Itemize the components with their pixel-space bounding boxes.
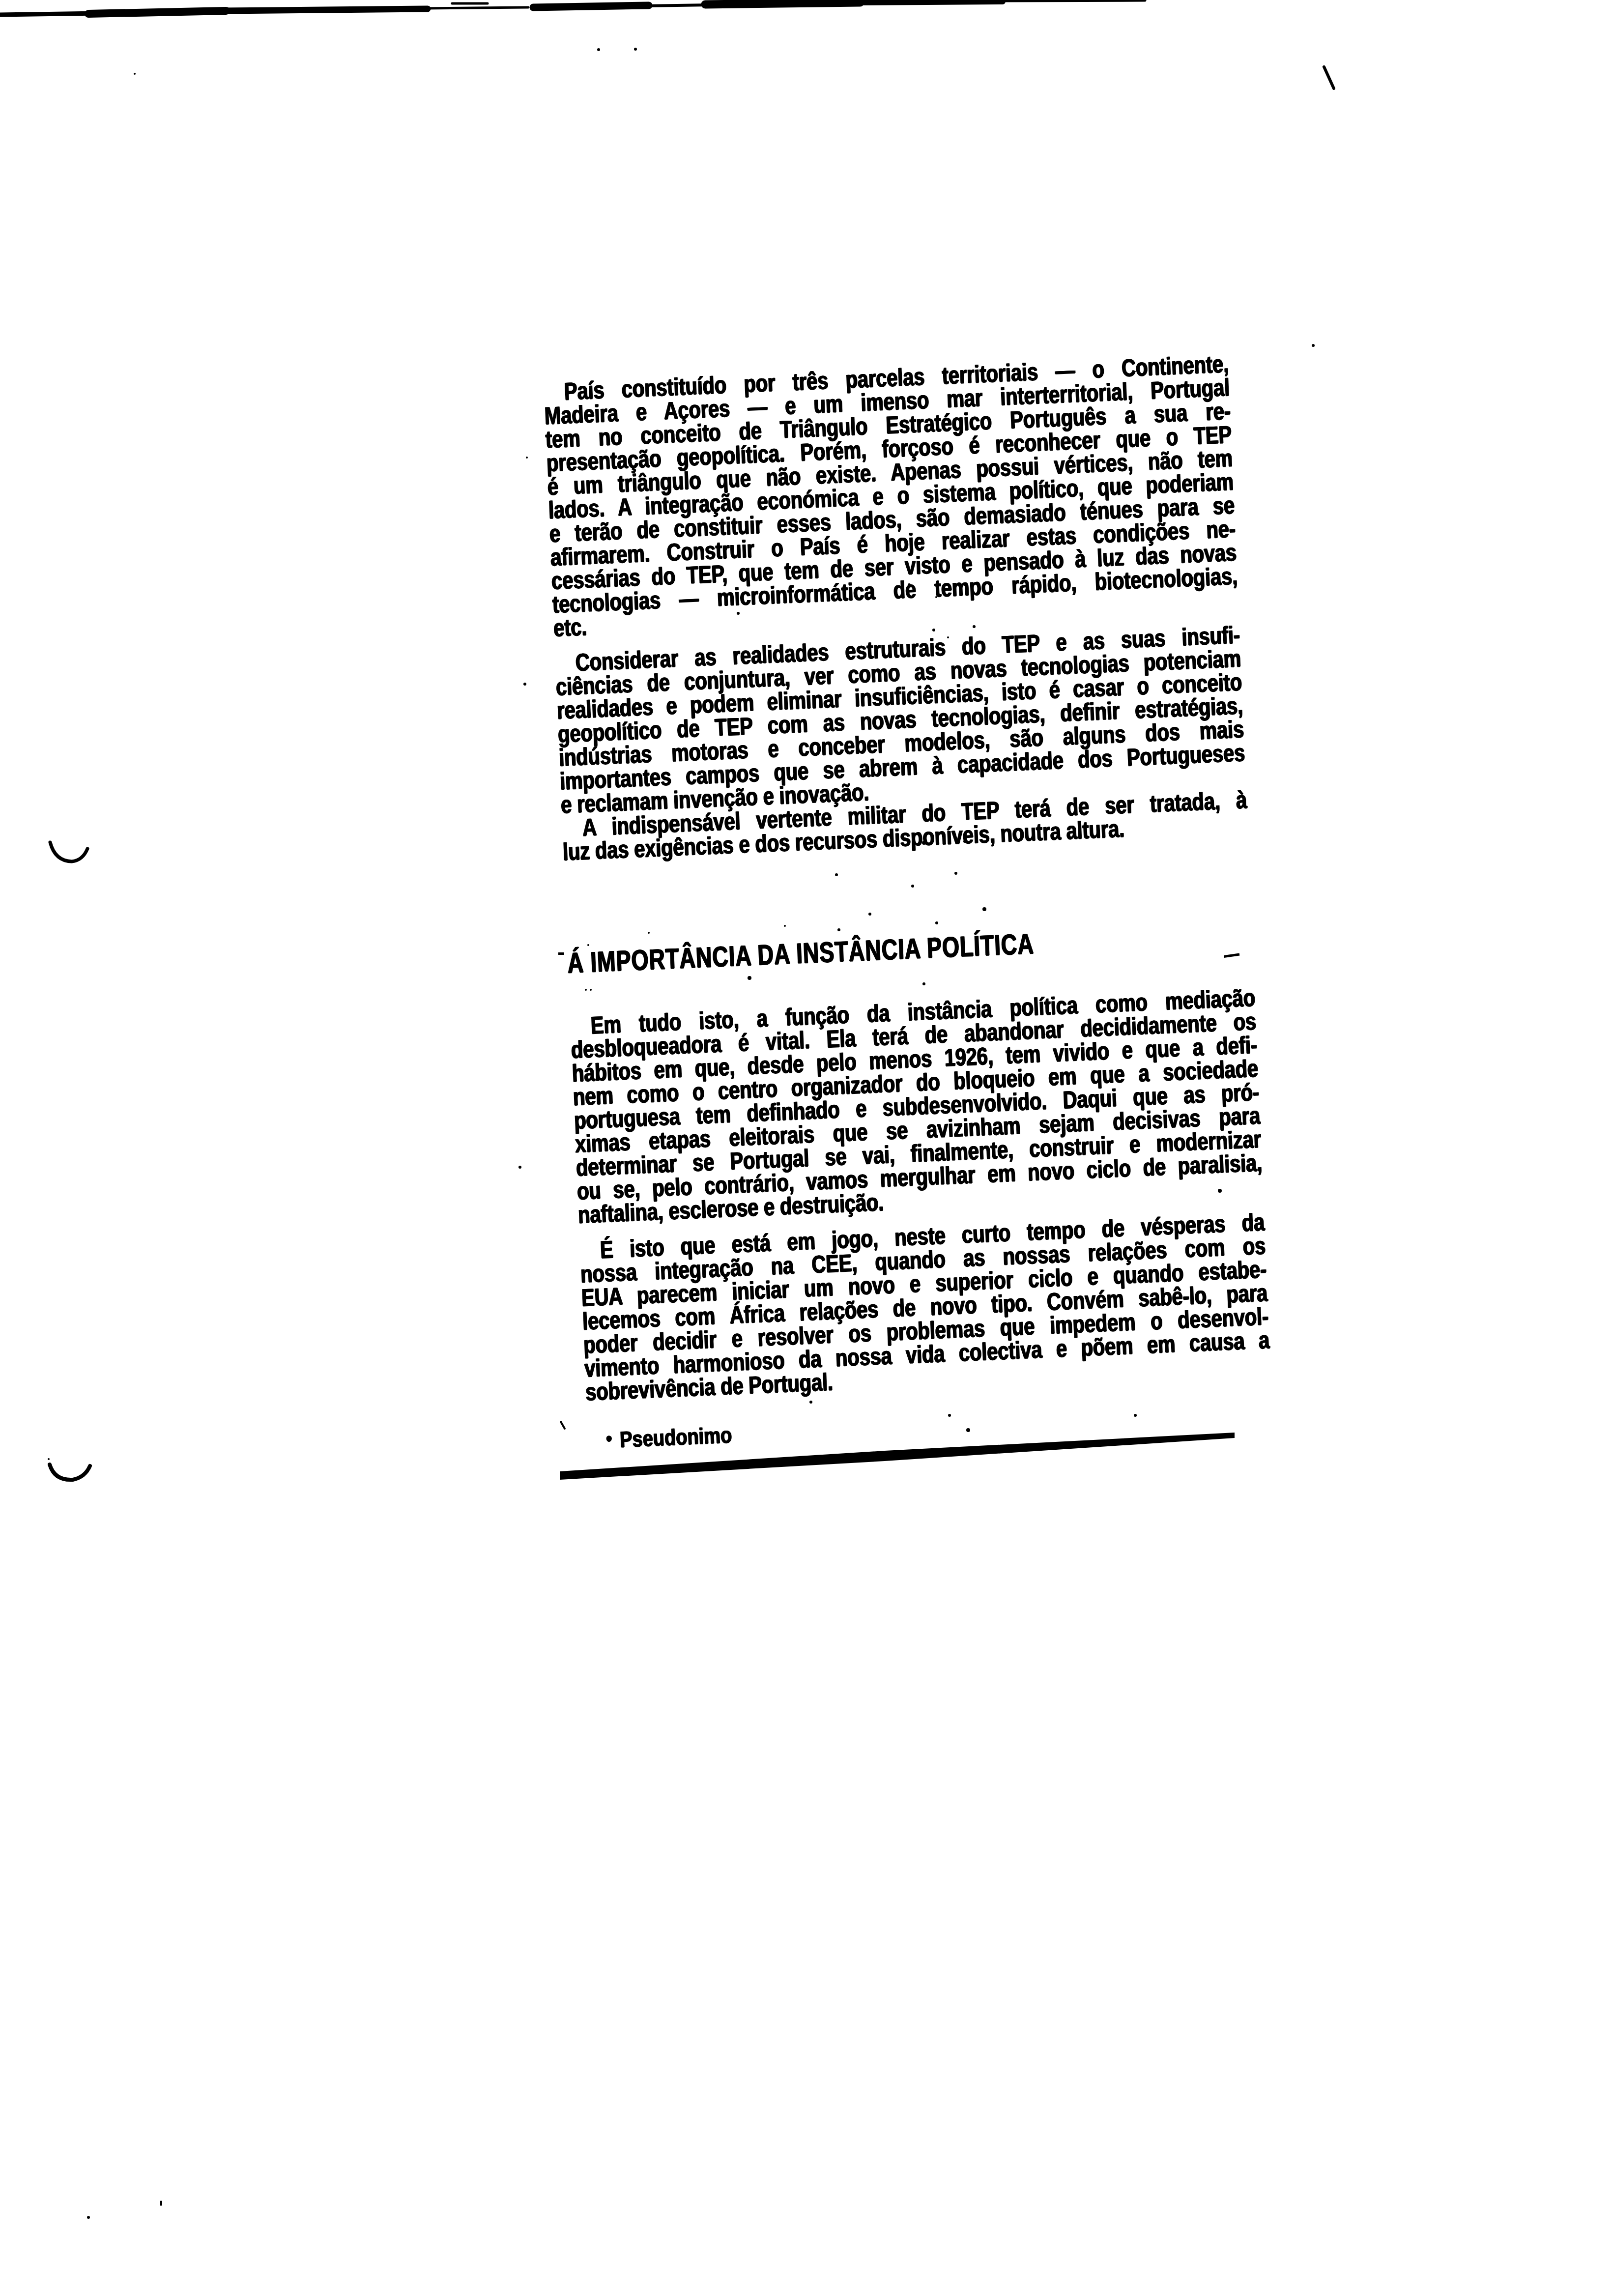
paragraph: É isto que está em jogo, neste curto tem…: [579, 1210, 1271, 1404]
footnote-text: Pseudonimo: [619, 1423, 732, 1453]
article-column: País constituído por três parcelas terri…: [543, 352, 1275, 1510]
footnote: •Pseudonimo: [605, 1398, 1292, 1455]
scanned-document-page: País constituído por três parcelas terri…: [0, 0, 1612, 2296]
scan-tick-mark: [1324, 67, 1334, 88]
scan-streak-top: [0, 0, 1145, 15]
scan-tick-footnote: [561, 1422, 565, 1429]
footnote-marker: •: [605, 1425, 612, 1453]
section-heading: Á IMPORTÂNCIA DA INSTÂNCIA POLÍTICA: [567, 919, 1253, 978]
corner-curl-mark-upper: [50, 842, 87, 861]
paragraph: Considerar as realidades estruturais do …: [554, 623, 1246, 817]
corner-curl-mark-lower: [50, 1464, 90, 1480]
paragraph: Em tudo isto, a função da instância polí…: [570, 986, 1264, 1227]
paragraph: País constituído por três parcelas terri…: [543, 352, 1239, 640]
